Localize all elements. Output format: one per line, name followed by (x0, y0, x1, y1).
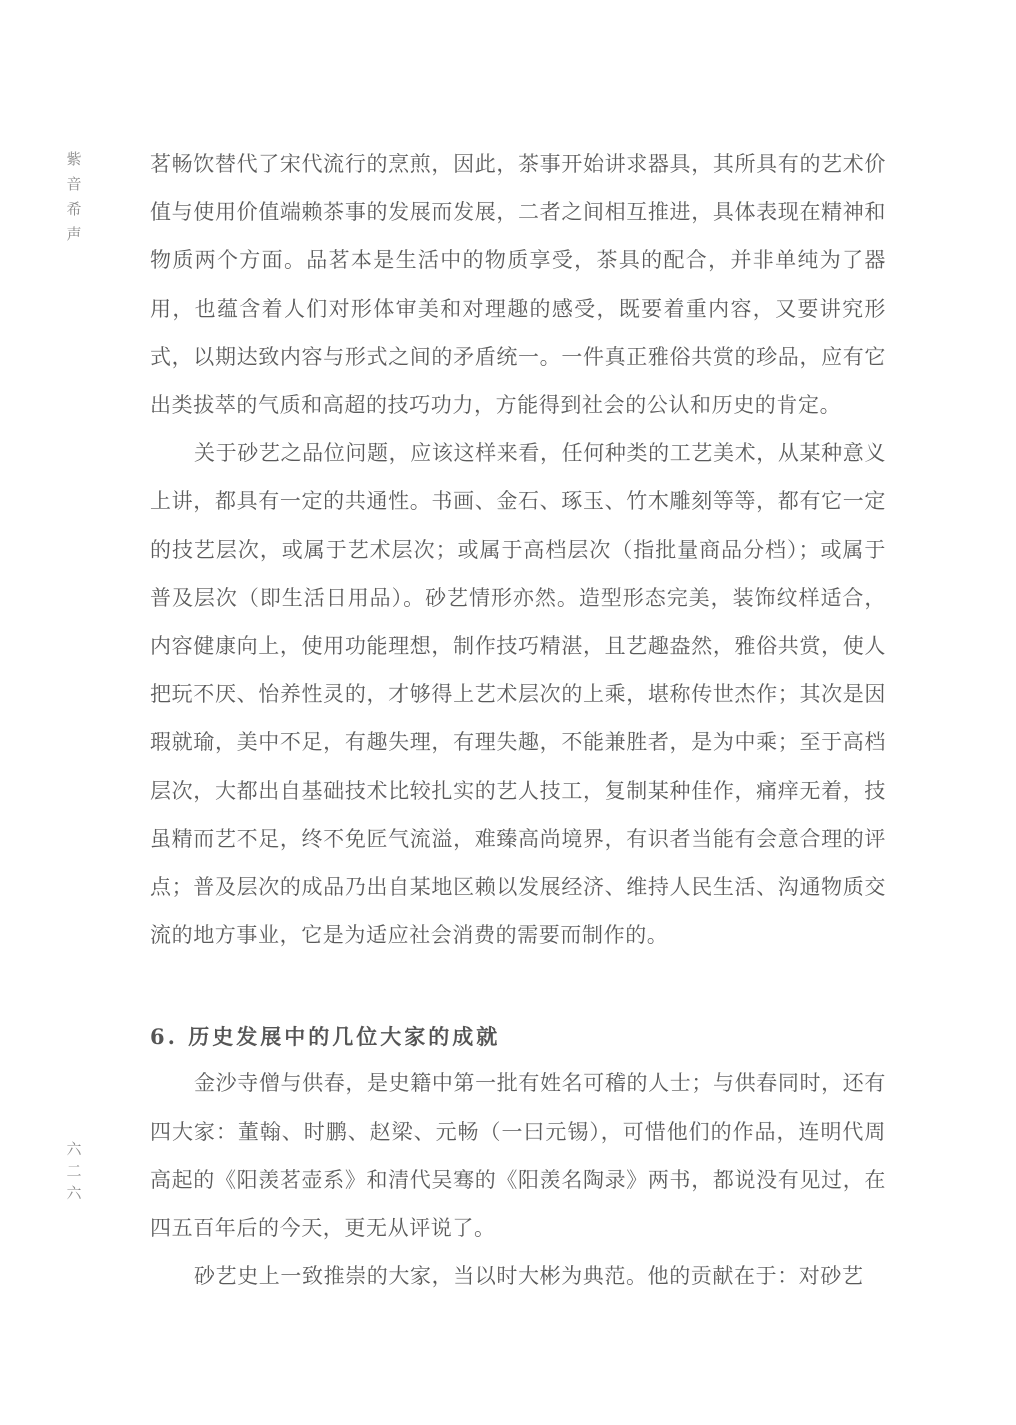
paragraph: 茗畅饮替代了宋代流行的烹煎，因此，茶事开始讲求器具，其所具有的艺术价值与使用价值… (150, 140, 886, 429)
running-header-book-title: 紫 音 希 声 (62, 147, 86, 247)
page-body: 茗畅饮替代了宋代流行的烹煎，因此，茶事开始讲求器具，其所具有的艺术价值与使用价值… (150, 140, 886, 1300)
paragraph: 金沙寺僧与供春，是史籍中第一批有姓名可稽的人士；与供春同时，还有四大家：董翰、时… (150, 1059, 886, 1252)
page-number-char: 二 (62, 1160, 86, 1182)
page-number-char: 六 (62, 1182, 86, 1204)
section-heading: 6. 历史发展中的几位大家的成就 (150, 1017, 886, 1057)
book-title-char: 希 (62, 197, 86, 222)
page-number: 六 二 六 (62, 1138, 86, 1204)
paragraph: 关于砂艺之品位问题，应该这样来看，任何种类的工艺美术，从某种意义上讲，都具有一定… (150, 429, 886, 959)
page-number-char: 六 (62, 1138, 86, 1160)
book-title-char: 紫 (62, 147, 86, 172)
book-title-char: 音 (62, 172, 86, 197)
book-title-char: 声 (62, 222, 86, 247)
paragraph: 砂艺史上一致推崇的大家，当以时大彬为典范。他的贡献在于：对砂艺 (150, 1252, 886, 1300)
